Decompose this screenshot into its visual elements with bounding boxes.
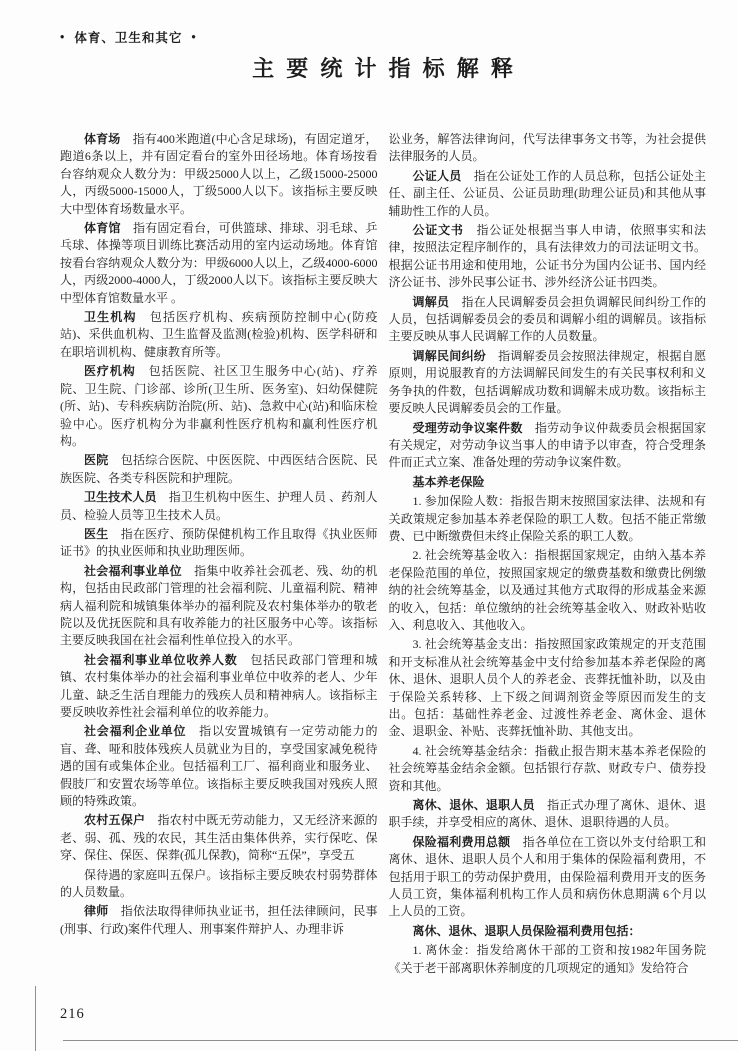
term-label: 社会福利事业单位收养人数 xyxy=(84,653,238,667)
paragraph: 保待遇的家庭叫五保户。该指标主要反映农村弱势群体的人员数量。 xyxy=(60,867,378,902)
term-label: 离休、退休、退职人员保险福利费用包括： xyxy=(413,924,641,938)
paragraph: 体育馆 指有固定看台，可供篮球、排球、羽毛球、乒乓球、体操等项目训练比赛活动用的… xyxy=(60,220,378,307)
paragraph: 调解员 指在人民调解委员会担负调解民间纠纷工作的人员，包括调解委员会的委员和调解… xyxy=(389,294,707,346)
bullet-icon: • xyxy=(60,30,65,45)
scan-artifact-left-rule xyxy=(35,986,36,1051)
paragraph: 离休、退休、退职人员 指正式办理了离休、退休、退职手续，并享受相应的离休、退休、… xyxy=(389,797,707,832)
paragraph: 医疗机构 包括医院、社区卫生服务中心(站)、疗养院、卫生院、门诊部、诊所(卫生所… xyxy=(60,363,378,450)
paragraph: 社会福利事业单位 指集中收养社会孤老、残、幼的机构，包括由民政部门管理的社会福利… xyxy=(60,563,378,650)
term-label: 调解民间纠纷 xyxy=(413,349,486,363)
page-number: 216 xyxy=(60,1006,85,1023)
paragraph: 卫生技术人员 指卫生机构中医生、护理人员 、药剂人员、检验人员等卫生技术人员。 xyxy=(60,489,378,524)
term-label: 卫生技术人员 xyxy=(84,490,157,504)
paragraph: 调解民间纠纷 指调解委员会按照法律规定，根据自愿原则，用说服教育的方法调解民间发… xyxy=(389,348,707,418)
term-label: 基本养老保险 xyxy=(413,475,485,489)
scan-artifact-bottom-rule xyxy=(63,1040,738,1041)
term-label: 社会福利企业单位 xyxy=(84,724,186,738)
text-columns: 体育场 指有400米跑道(中心含足球场)，有固定道牙，跑道6条以上，并有固定看台… xyxy=(60,131,706,979)
term-label: 体育场 xyxy=(84,132,120,146)
paragraph: 1. 参加保险人数：指报告期末按照国家法律、法规和有关政策规定参加基本养老保险的… xyxy=(389,493,707,545)
paragraph: 1. 离休金：指发给离休干部的工资和按1982年国务院《关于老干部离职休养制度的… xyxy=(389,942,707,977)
term-label: 医生 xyxy=(84,527,108,541)
term-label: 离休、退休、退职人员 xyxy=(413,798,535,812)
term-label: 受理劳动争议案件数 xyxy=(413,421,523,435)
paragraph: 讼业务，解答法律询问，代写法律事务文书等，为社会提供法律服务的人员。 xyxy=(389,131,707,166)
paragraph: 体育场 指有400米跑道(中心含足球场)，有固定道牙，跑道6条以上，并有固定看台… xyxy=(60,131,378,218)
paragraph: 3. 社会统筹基金支出：指按照国家政策规定的开支范围和开支标准从社会统筹基金中支… xyxy=(389,636,707,740)
term-label: 社会福利事业单位 xyxy=(84,564,182,578)
paragraph: 医生 指在医疗、预防保健机构工作且取得《执业医师证书》的执业医师和执业助理医师。 xyxy=(60,526,378,561)
term-label: 公证人员 xyxy=(413,169,462,183)
paragraph: 社会福利事业单位收养人数 包括民政部门管理和城镇、农村集体举办的社会福利事业单位… xyxy=(60,652,378,722)
term-label: 医疗机构 xyxy=(84,364,136,378)
term-label: 卫生机构 xyxy=(84,310,137,324)
paragraph: 农村五保户 指农村中既无劳动能力，又无经济来源的老、弱、孤、残的农民，其生活由集… xyxy=(60,812,378,864)
paragraph: 社会福利企业单位 指以安置城镇有一定劳动能力的盲、聋、哑和肢体残疾人员就业为目的… xyxy=(60,723,378,810)
term-label: 调解员 xyxy=(413,295,450,309)
section-title: 体育、卫生和其它 xyxy=(74,28,182,46)
term-label: 公证文书 xyxy=(413,223,464,237)
paragraph: 受理劳动争议案件数 指劳动争议仲裁委员会根据国家有关规定，对劳动争议当事人的申请… xyxy=(389,420,707,472)
bullet-icon: • xyxy=(191,30,196,45)
paragraph: 卫生机构 包括医疗机构、疾病预防控制中心(防疫站)、采供血机构、卫生监督及监测(… xyxy=(60,309,378,361)
paragraph: 律师 指依法取得律师执业证书，担任法律顾问，民事(刑事、行政)案件代理人、刑事案… xyxy=(60,903,378,938)
document-page: • 体育、卫生和其它 • 主要统计指标解释 体育场 指有400米跑道(中心含足球… xyxy=(0,0,738,1051)
term-label: 体育馆 xyxy=(84,221,121,235)
paragraph: 4. 社会统筹基金结余：指截止报告期末基本养老保险的社会统筹基金结余金额。包括银… xyxy=(389,743,707,795)
paragraph: 医院 包括综合医院、中医医院、中西医结合医院、民族医院、各类专科医院和护理院。 xyxy=(60,452,378,487)
term-label: 律师 xyxy=(84,904,108,918)
paragraph: 基本养老保险 xyxy=(389,474,707,491)
running-head: • 体育、卫生和其它 • xyxy=(60,28,197,46)
term-label: 农村五保户 xyxy=(84,813,145,827)
term-label: 医院 xyxy=(84,453,108,467)
term-label: 保险福利费用总额 xyxy=(413,835,511,849)
paragraph: 保险福利费用总额 指各单位在工资以外支付给职工和离休、退休、退职人员个人和用于集… xyxy=(389,834,707,921)
page-title: 主要统计指标解释 xyxy=(60,52,705,83)
paragraph: 2. 社会统筹基金收入：指根据国家规定，由纳入基本养老保险范围的单位，按照国家规… xyxy=(389,547,707,634)
paragraph: 公证文书 指公证处根据当事人申请，依照事实和法律，按照法定程序制作的，具有法律效… xyxy=(389,222,707,292)
paragraph: 公证人员 指在公证处工作的人员总称，包括公证处主任、副主任、公证员、公证员助理(… xyxy=(389,168,707,220)
paragraph: 离休、退休、退职人员保险福利费用包括： xyxy=(389,923,707,940)
right-column: 讼业务，解答法律询问，代写法律事务文书等，为社会提供法律服务的人员。公证人员 指… xyxy=(389,131,707,979)
left-column: 体育场 指有400米跑道(中心含足球场)，有固定道牙，跑道6条以上，并有固定看台… xyxy=(60,131,378,979)
